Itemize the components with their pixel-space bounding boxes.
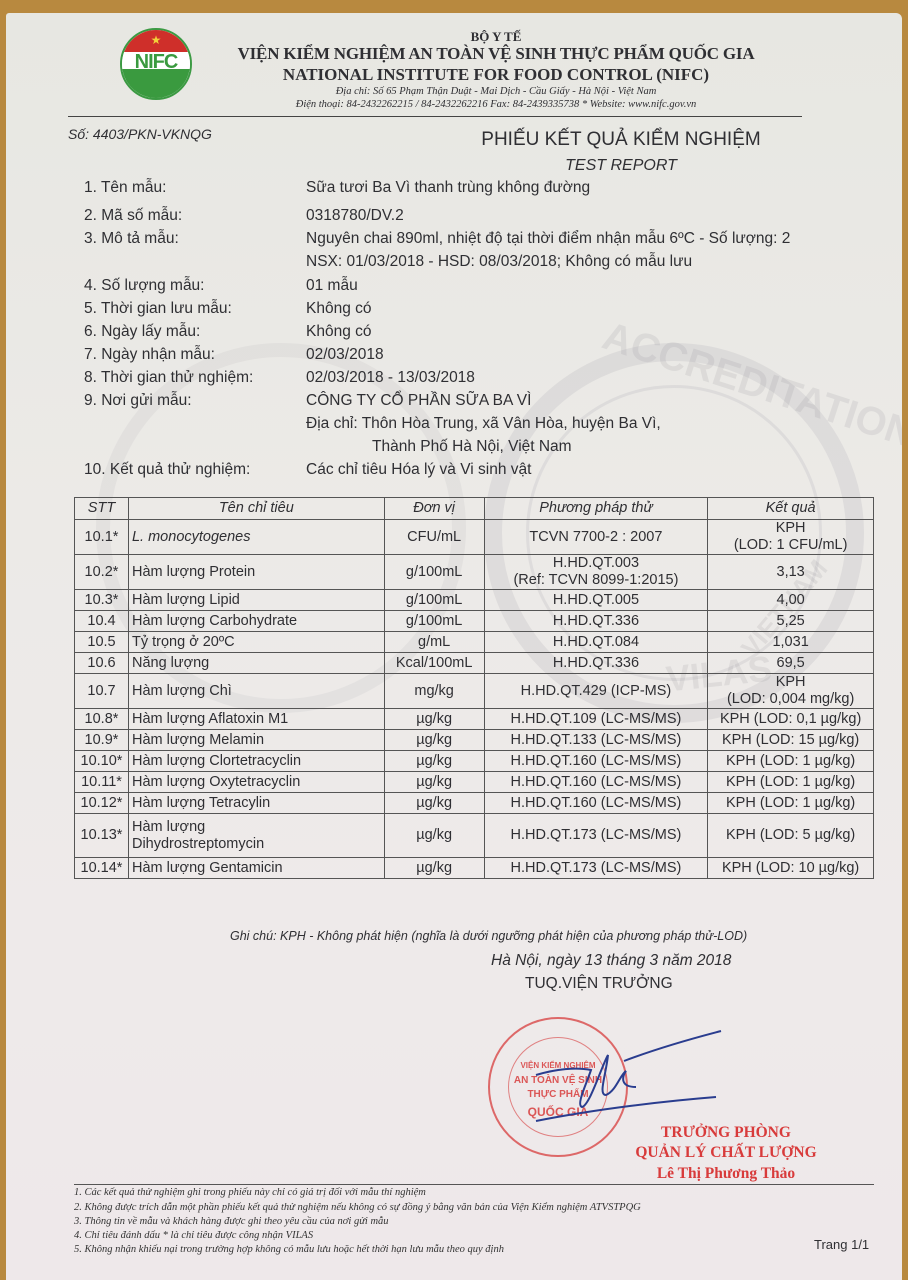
cell-result: 3,13 bbox=[708, 555, 874, 590]
cell-method: TCVN 7700-2 : 2007 bbox=[484, 520, 708, 555]
cell-method: H.HD.QT.336 bbox=[484, 611, 708, 632]
field-value-quantity: 01 mẫu bbox=[306, 277, 358, 295]
field-value-description-line2: NSX: 01/03/2018 - HSD: 08/03/2018; Không… bbox=[306, 253, 692, 271]
signature bbox=[516, 1025, 746, 1135]
cell-result: KPH (LOD: 1 µg/kg) bbox=[708, 793, 874, 814]
cell-unit: g/mL bbox=[384, 632, 484, 653]
cell-parameter: Hàm lượng Carbohydrate bbox=[128, 611, 384, 632]
cell-unit: CFU/mL bbox=[384, 520, 484, 555]
cell-parameter: Hàm lượng Tetracylin bbox=[128, 793, 384, 814]
cell-stt: 10.12* bbox=[75, 793, 129, 814]
field-label-test-period: 8. Thời gian thử nghiệm: bbox=[84, 369, 253, 387]
field-label-sample-code: 2. Mã số mẫu: bbox=[84, 207, 182, 225]
field-value-sender: CÔNG TY CỔ PHẦN SỮA BA VÌ bbox=[306, 392, 531, 410]
cell-result: KPH (LOD: 0,1 µg/kg) bbox=[708, 709, 874, 730]
column-header-unit: Đơn vị bbox=[384, 498, 484, 520]
table-note: Ghi chú: KPH - Không phát hiện (nghĩa là… bbox=[230, 929, 747, 943]
cell-parameter: Hàm lượng Chì bbox=[128, 674, 384, 709]
table-row: 10.9*Hàm lượng Melaminµg/kgH.HD.QT.133 (… bbox=[75, 730, 874, 751]
table-row: 10.1*L. monocytogenesCFU/mLTCVN 7700-2 :… bbox=[75, 520, 874, 555]
cell-stt: 10.3* bbox=[75, 590, 129, 611]
footnote-4: 4. Chỉ tiêu đánh dấu * là chỉ tiêu được … bbox=[74, 1230, 313, 1241]
field-value-sampling-date: Không có bbox=[306, 323, 372, 341]
document-title: PHIẾU KẾT QUẢ KIỂM NGHIỆM bbox=[386, 129, 856, 151]
table-row: 10.3*Hàm lượng Lipidg/100mLH.HD.QT.0054,… bbox=[75, 590, 874, 611]
institute-contact: Điện thoại: 84-2432262215 / 84-243226221… bbox=[186, 99, 806, 110]
cell-method: H.HD.QT.429 (ICP-MS) bbox=[484, 674, 708, 709]
cell-method: H.HD.QT.173 (LC-MS/MS) bbox=[484, 858, 708, 879]
cell-result: KPH (LOD: 5 µg/kg) bbox=[708, 814, 874, 858]
cell-stt: 10.13* bbox=[75, 814, 129, 858]
field-label-sampling-date: 6. Ngày lấy mẫu: bbox=[84, 323, 200, 341]
field-label-quantity: 4. Số lượng mẫu: bbox=[84, 277, 205, 295]
cell-unit: Kcal/100mL bbox=[384, 653, 484, 674]
field-value-retention: Không có bbox=[306, 300, 372, 318]
column-header-method: Phương pháp thử bbox=[484, 498, 708, 520]
cell-stt: 10.11* bbox=[75, 772, 129, 793]
footnote-1: 1. Các kết quả thử nghiệm ghi trong phiế… bbox=[74, 1187, 426, 1198]
field-label-test-results: 10. Kết quả thử nghiệm: bbox=[84, 461, 250, 479]
field-label-description: 3. Mô tả mẫu: bbox=[84, 230, 179, 248]
cell-result: 4,00 bbox=[708, 590, 874, 611]
cell-unit: µg/kg bbox=[384, 751, 484, 772]
cell-unit: g/100mL bbox=[384, 555, 484, 590]
cell-parameter: Hàm lượng Melamin bbox=[128, 730, 384, 751]
cell-result: KPH (LOD: 10 µg/kg) bbox=[708, 858, 874, 879]
cell-stt: 10.2* bbox=[75, 555, 129, 590]
cell-unit: µg/kg bbox=[384, 709, 484, 730]
field-value-test-period: 02/03/2018 - 13/03/2018 bbox=[306, 369, 475, 387]
cell-result: 69,5 bbox=[708, 653, 874, 674]
footnote-3: 3. Thông tin về mẫu và khách hàng được g… bbox=[74, 1216, 389, 1227]
cell-stt: 10.7 bbox=[75, 674, 129, 709]
table-row: 10.13*Hàm lượngDihydrostreptomycinµg/kgH… bbox=[75, 814, 874, 858]
cell-unit: µg/kg bbox=[384, 730, 484, 751]
table-row: 10.12*Hàm lượng Tetracylinµg/kgH.HD.QT.1… bbox=[75, 793, 874, 814]
ministry-name: BỘ Y TẾ bbox=[186, 29, 806, 45]
header-divider bbox=[68, 116, 802, 117]
cell-parameter: Hàm lượng Aflatoxin M1 bbox=[128, 709, 384, 730]
table-row: 10.5Tỷ trọng ở 20ºCg/mLH.HD.QT.0841,031 bbox=[75, 632, 874, 653]
field-label-retention: 5. Thời gian lưu mẫu: bbox=[84, 300, 232, 318]
table-row: 10.10*Hàm lượng Clortetracyclinµg/kgH.HD… bbox=[75, 751, 874, 772]
institute-name-vi: VIỆN KIỂM NGHIỆM AN TOÀN VỆ SINH THỰC PH… bbox=[186, 44, 806, 64]
field-label-sender: 9. Nơi gửi mẫu: bbox=[84, 392, 192, 410]
cell-unit: mg/kg bbox=[384, 674, 484, 709]
results-table: STT Tên chỉ tiêu Đơn vị Phương pháp thử … bbox=[74, 497, 874, 879]
document-subtitle: TEST REPORT bbox=[386, 157, 856, 175]
field-label-received-date: 7. Ngày nhận mẫu: bbox=[84, 346, 215, 364]
cell-stt: 10.8* bbox=[75, 709, 129, 730]
cell-parameter: Hàm lượng Lipid bbox=[128, 590, 384, 611]
page-number: Trang 1/1 bbox=[814, 1237, 869, 1252]
cell-parameter: Tỷ trọng ở 20ºC bbox=[128, 632, 384, 653]
cell-method: H.HD.QT.160 (LC-MS/MS) bbox=[484, 793, 708, 814]
cell-parameter: Hàm lượng Oxytetracyclin bbox=[128, 772, 384, 793]
cell-method: H.HD.QT.003(Ref: TCVN 8099-1:2015) bbox=[484, 555, 708, 590]
cell-stt: 10.1* bbox=[75, 520, 129, 555]
cell-result: 1,031 bbox=[708, 632, 874, 653]
cell-unit: µg/kg bbox=[384, 793, 484, 814]
cell-stt: 10.5 bbox=[75, 632, 129, 653]
table-row: 10.11*Hàm lượng Oxytetracyclinµg/kgH.HD.… bbox=[75, 772, 874, 793]
cell-stt: 10.4 bbox=[75, 611, 129, 632]
officer-title-line2: QUẢN LÝ CHẤT LƯỢNG bbox=[626, 1144, 826, 1162]
nifc-logo: ★ NIFC bbox=[120, 28, 192, 100]
cell-method: H.HD.QT.160 (LC-MS/MS) bbox=[484, 772, 708, 793]
signoff-authority: TUQ.VIỆN TRƯỞNG bbox=[525, 975, 673, 993]
cell-parameter: Hàm lượng Clortetracyclin bbox=[128, 751, 384, 772]
field-value-sender-city: Thành Phố Hà Nội, Việt Nam bbox=[372, 438, 572, 456]
cell-result: KPH(LOD: 0,004 mg/kg) bbox=[708, 674, 874, 709]
cell-method: H.HD.QT.336 bbox=[484, 653, 708, 674]
document-number: Số: 4403/PKN-VKNQG bbox=[68, 126, 212, 142]
footnote-5: 5. Không nhận khiếu nại trong trường hợp… bbox=[74, 1244, 504, 1255]
table-header-row: STT Tên chỉ tiêu Đơn vị Phương pháp thử … bbox=[75, 498, 874, 520]
cell-result: KPH (LOD: 15 µg/kg) bbox=[708, 730, 874, 751]
cell-parameter: Hàm lượng Gentamicin bbox=[128, 858, 384, 879]
column-header-parameter: Tên chỉ tiêu bbox=[128, 498, 384, 520]
field-value-test-results: Các chỉ tiêu Hóa lý và Vi sinh vật bbox=[306, 461, 531, 479]
cell-result: KPH (LOD: 1 µg/kg) bbox=[708, 772, 874, 793]
cell-unit: µg/kg bbox=[384, 772, 484, 793]
table-row: 10.2*Hàm lượng Proteing/100mLH.HD.QT.003… bbox=[75, 555, 874, 590]
field-value-sender-address: Địa chỉ: Thôn Hòa Trung, xã Vân Hòa, huy… bbox=[306, 415, 661, 433]
cell-result: KPH(LOD: 1 CFU/mL) bbox=[708, 520, 874, 555]
field-label-sample-name: 1. Tên mẫu: bbox=[84, 179, 166, 197]
field-value-received-date: 02/03/2018 bbox=[306, 346, 384, 364]
cell-method: H.HD.QT.109 (LC-MS/MS) bbox=[484, 709, 708, 730]
cell-parameter: L. monocytogenes bbox=[128, 520, 384, 555]
cell-method: H.HD.QT.084 bbox=[484, 632, 708, 653]
report-page: ACCREDITATION VILAS VIETNAM ★ NIFC BỘ Y … bbox=[6, 13, 902, 1280]
cell-unit: g/100mL bbox=[384, 611, 484, 632]
institute-address: Địa chỉ: Số 65 Phạm Thận Duật - Mai Dịch… bbox=[186, 86, 806, 97]
cell-stt: 10.6 bbox=[75, 653, 129, 674]
footer-divider bbox=[74, 1184, 874, 1185]
table-row: 10.7Hàm lượng Chìmg/kgH.HD.QT.429 (ICP-M… bbox=[75, 674, 874, 709]
column-header-stt: STT bbox=[75, 498, 129, 520]
cell-method: H.HD.QT.005 bbox=[484, 590, 708, 611]
cell-stt: 10.14* bbox=[75, 858, 129, 879]
signoff-date: Hà Nội, ngày 13 tháng 3 năm 2018 bbox=[491, 952, 731, 970]
cell-parameter: Hàm lượng Protein bbox=[128, 555, 384, 590]
cell-parameter: Năng lượng bbox=[128, 653, 384, 674]
cell-unit: µg/kg bbox=[384, 858, 484, 879]
cell-unit: g/100mL bbox=[384, 590, 484, 611]
institute-name-en: NATIONAL INSTITUTE FOR FOOD CONTROL (NIF… bbox=[186, 65, 806, 85]
cell-method: H.HD.QT.160 (LC-MS/MS) bbox=[484, 751, 708, 772]
table-row: 10.6Năng lượngKcal/100mLH.HD.QT.33669,5 bbox=[75, 653, 874, 674]
cell-stt: 10.9* bbox=[75, 730, 129, 751]
table-row: 10.14*Hàm lượng Gentamicinµg/kgH.HD.QT.1… bbox=[75, 858, 874, 879]
cell-method: H.HD.QT.133 (LC-MS/MS) bbox=[484, 730, 708, 751]
officer-name: Lê Thị Phương Thảo bbox=[626, 1165, 826, 1183]
field-value-sample-name: Sữa tươi Ba Vì thanh trùng không đường bbox=[306, 179, 590, 197]
cell-unit: µg/kg bbox=[384, 814, 484, 858]
cell-method: H.HD.QT.173 (LC-MS/MS) bbox=[484, 814, 708, 858]
table-row: 10.4Hàm lượng Carbohydrateg/100mLH.HD.QT… bbox=[75, 611, 874, 632]
column-header-result: Kết quả bbox=[708, 498, 874, 520]
footnote-2: 2. Không được trích dẫn một phần phiếu k… bbox=[74, 1202, 641, 1213]
field-value-description: Nguyên chai 890ml, nhiệt độ tại thời điể… bbox=[306, 230, 790, 248]
table-row: 10.8*Hàm lượng Aflatoxin M1µg/kgH.HD.QT.… bbox=[75, 709, 874, 730]
star-icon: ★ bbox=[122, 33, 190, 47]
cell-result: 5,25 bbox=[708, 611, 874, 632]
cell-parameter: Hàm lượngDihydrostreptomycin bbox=[128, 814, 384, 858]
field-value-sample-code: 0318780/DV.2 bbox=[306, 207, 404, 225]
officer-title-line1: TRƯỞNG PHÒNG bbox=[626, 1124, 826, 1142]
cell-stt: 10.10* bbox=[75, 751, 129, 772]
cell-result: KPH (LOD: 1 µg/kg) bbox=[708, 751, 874, 772]
